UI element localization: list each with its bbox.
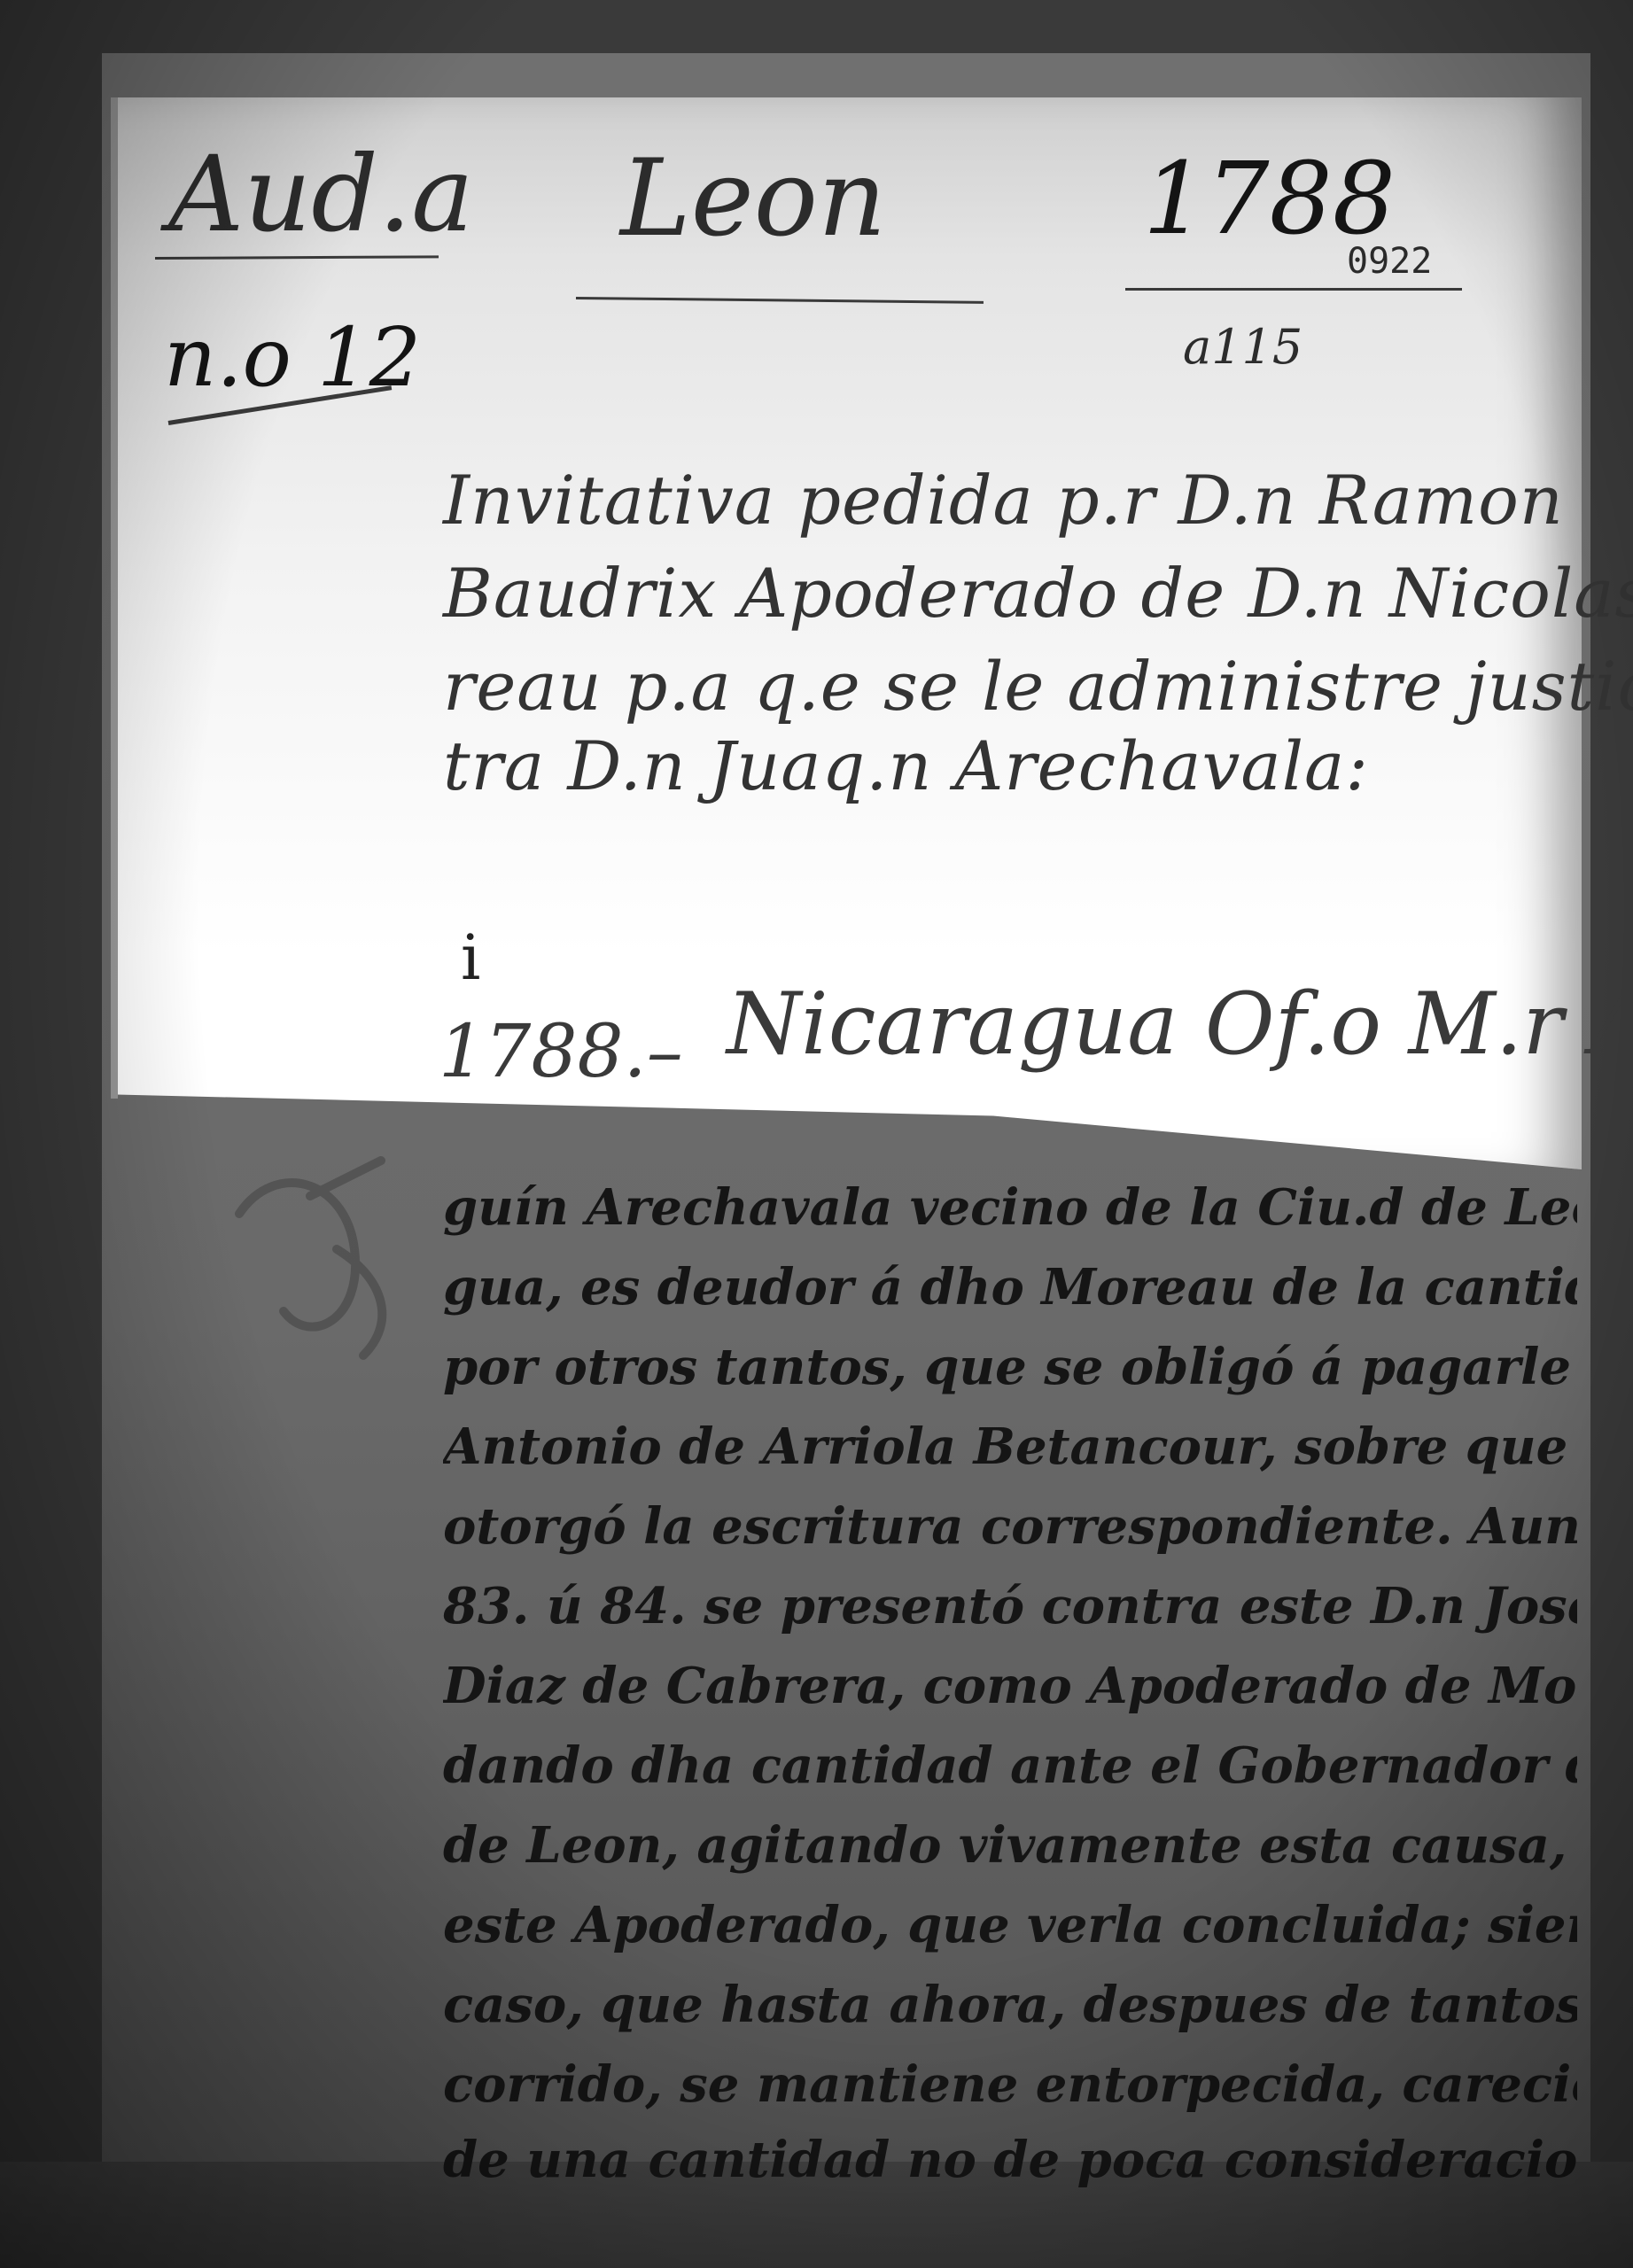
body-line: Antonio de Arriola Betancour, sobre que …	[443, 1417, 1577, 1476]
title-line-1: Invitativa pedida p.r D.n Ramon	[443, 461, 1564, 540]
folio-number: a115	[1183, 319, 1303, 375]
body-line: por otros tantos, que se obligó á pagarl…	[443, 1338, 1577, 1396]
title-line-3: reau p.a q.e se le administre justicia c…	[443, 647, 1633, 726]
archival-mark: i	[461, 921, 480, 994]
body-line: caso, que hasta ahora, despues de tantos…	[443, 1976, 1577, 2034]
body-line: 83. ú 84. se presentó contra este D.n Jo…	[443, 1577, 1577, 1635]
body-line: corrido, se mantiene entorpecida, careci…	[443, 2055, 1577, 2114]
audiencia-heading: Aud.a	[168, 133, 474, 255]
body-line: otorgó la escritura correspondiente. Aun…	[443, 1497, 1577, 1556]
body-line: gua, es deudor á dho Moreau de la cantid…	[443, 1258, 1577, 1317]
cover-label-edge	[111, 97, 118, 1099]
year-heading: 1788	[1143, 142, 1396, 257]
year-underline	[1125, 288, 1462, 291]
body-line: este Apoderado, que verla concluida; sie…	[443, 1896, 1577, 1954]
body-line: de Leon, agitando vivamente esta causa, …	[443, 1816, 1577, 1875]
footer-place: Nicaragua Of.o M.r Año.	[727, 975, 1633, 1074]
body-line: Diaz de Cabrera, como Apoderado de Morea…	[443, 1657, 1577, 1715]
title-line-2: Baudrix Apoderado de D.n Nicolas Mo-	[443, 554, 1633, 633]
stamp-number: 0922	[1347, 241, 1432, 282]
footer-year: 1788.–	[439, 1010, 683, 1094]
place-heading: Leon	[620, 137, 886, 260]
margin-flourish-icon	[204, 1143, 434, 1444]
body-line: dando dha cantidad ante el Gobernador de…	[443, 1736, 1577, 1795]
body-line: de una cantidad no de poca consideracion…	[443, 2131, 1577, 2189]
title-line-4: tra D.n Juaq.n Arechavala:	[443, 726, 1369, 805]
body-line: guín Arechavala vecino de la Ciu.d de Le…	[443, 1178, 1577, 1237]
